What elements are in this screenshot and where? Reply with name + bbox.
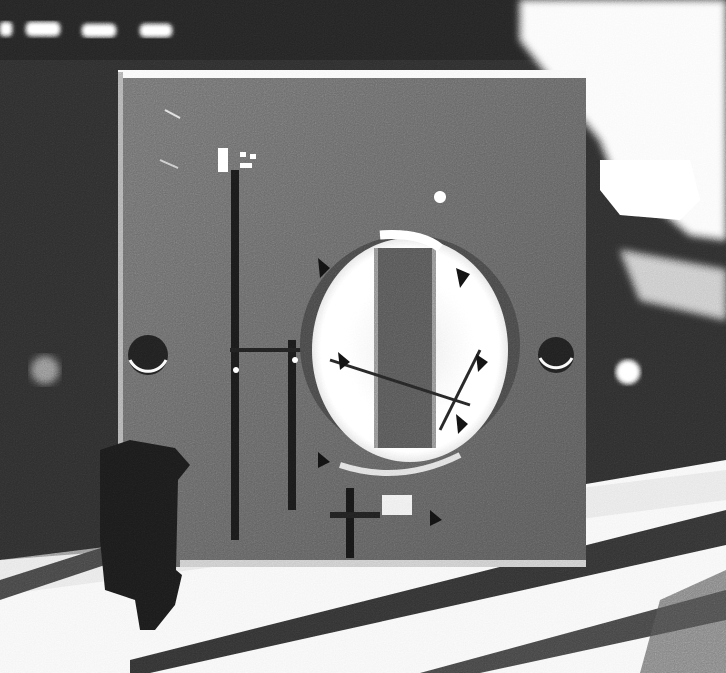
- apparatus-photo: [0, 0, 726, 673]
- photo-scene: [0, 0, 726, 673]
